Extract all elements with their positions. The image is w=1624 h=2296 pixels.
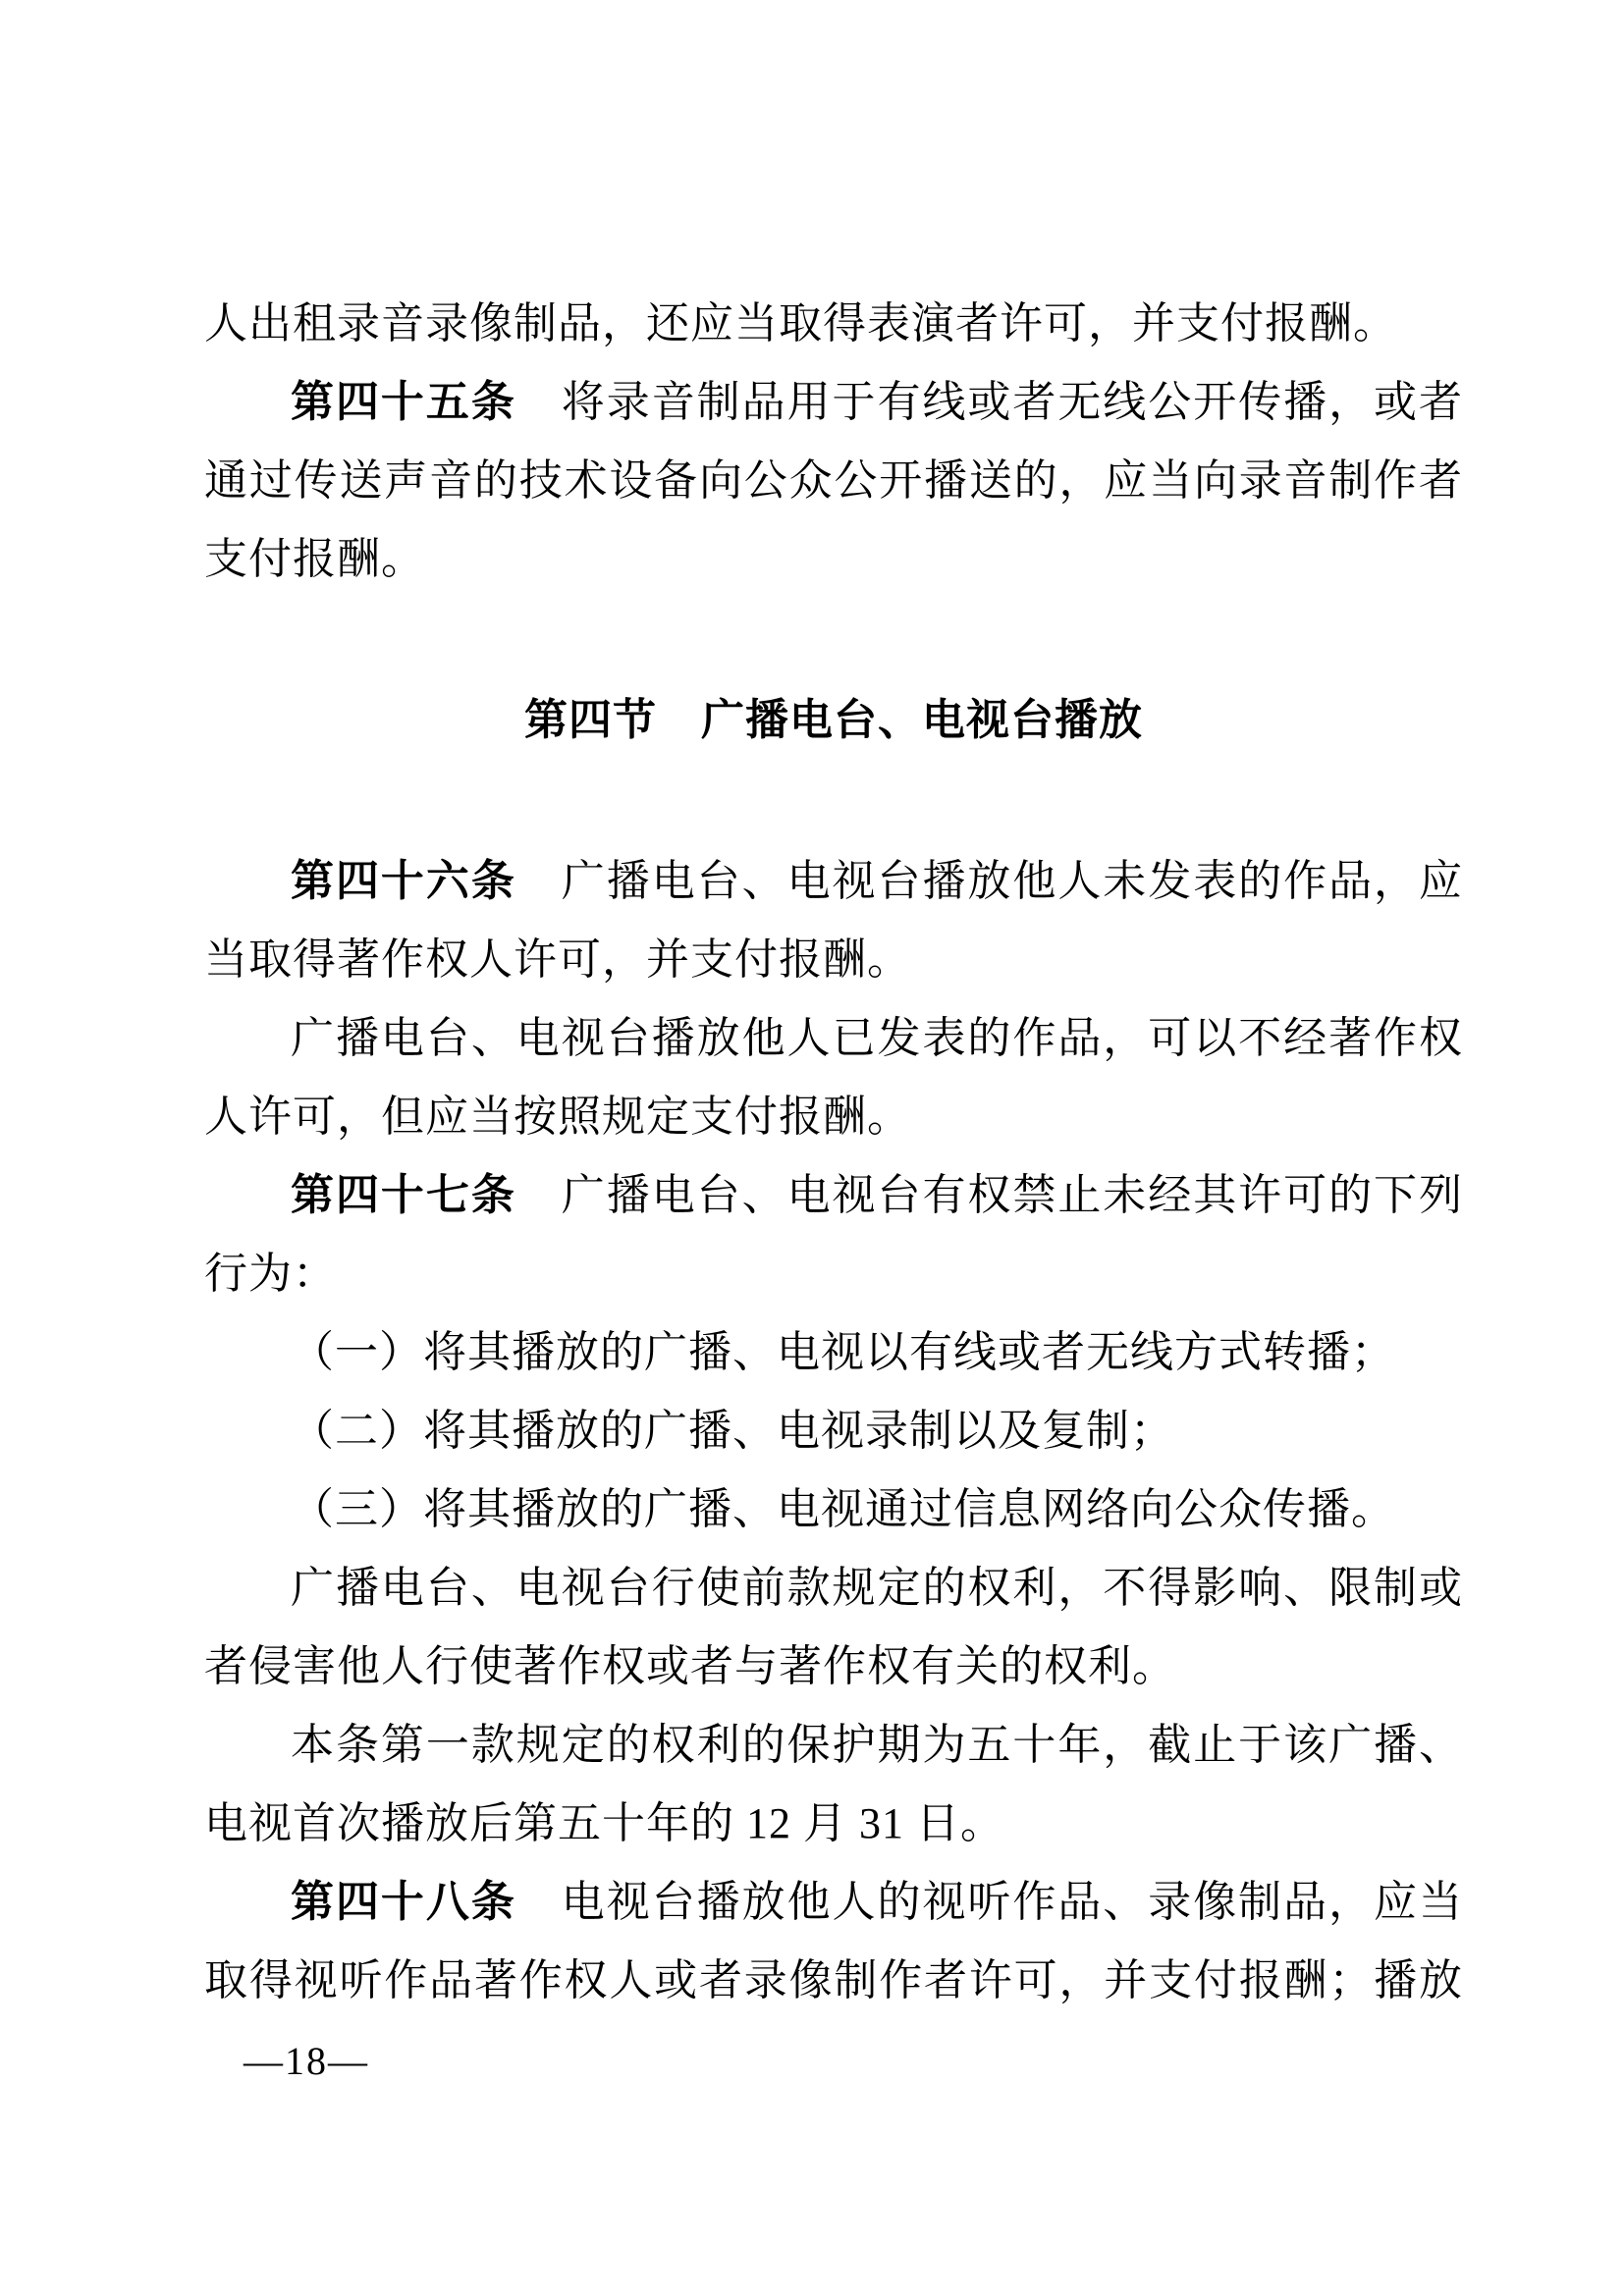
text-line: （二）将其播放的广播、电视录制以及复制； xyxy=(204,1392,1463,1470)
article-text: 电视台播放他人的视听作品、录像制品，应当 xyxy=(516,1878,1463,1926)
article-number: 第四十六条 xyxy=(291,857,516,905)
document-page: 人出租录音录像制品，还应当取得表演者许可，并支付报酬。第四十五条 将录音制品用于… xyxy=(0,0,1624,2296)
blank-line xyxy=(204,599,1463,681)
text-line: 人出租录音录像制品，还应当取得表演者许可，并支付报酬。 xyxy=(204,285,1463,363)
document-body: 人出租录音录像制品，还应当取得表演者许可，并支付报酬。第四十五条 将录音制品用于… xyxy=(204,285,1463,2020)
text-line: 当取得著作权人许可，并支付报酬。 xyxy=(204,921,1463,999)
text-line: 第四十七条 广播电台、电视台有权禁止未经其许可的下列 xyxy=(204,1156,1463,1235)
article-number: 第四十五条 xyxy=(291,378,516,426)
text-line: 本条第一款规定的权利的保护期为五十年，截止于该广播、 xyxy=(204,1706,1463,1785)
article-text: 广播电台、电视台有权禁止未经其许可的下列 xyxy=(516,1171,1463,1219)
text-line: 广播电台、电视台播放他人已发表的作品，可以不经著作权 xyxy=(204,999,1463,1078)
article-number: 第四十八条 xyxy=(291,1878,516,1926)
text-line: 第四十五条 将录音制品用于有线或者无线公开传播，或者 xyxy=(204,363,1463,442)
text-line: （一）将其播放的广播、电视以有线或者无线方式转播； xyxy=(204,1313,1463,1392)
text-line: 第四十六条 广播电台、电视台播放他人未发表的作品，应 xyxy=(204,842,1463,921)
text-line: 者侵害他人行使著作权或者与著作权有关的权利。 xyxy=(204,1628,1463,1706)
text-line: 电视首次播放后第五十年的 12 月 31 日。 xyxy=(204,1785,1463,1863)
article-text: 广播电台、电视台播放他人未发表的作品，应 xyxy=(516,857,1463,905)
text-line: 第四十八条 电视台播放他人的视听作品、录像制品，应当 xyxy=(204,1863,1463,1942)
page-number: —18— xyxy=(244,2040,369,2083)
text-line: 取得视听作品著作权人或者录像制作者许可，并支付报酬；播放 xyxy=(204,1942,1463,2020)
text-line: 支付报酬。 xyxy=(204,520,1463,599)
text-line: （三）将其播放的广播、电视通过信息网络向公众传播。 xyxy=(204,1470,1463,1549)
text-line: 广播电台、电视台行使前款规定的权利，不得影响、限制或 xyxy=(204,1549,1463,1628)
text-line: 人许可，但应当按照规定支付报酬。 xyxy=(204,1078,1463,1156)
section-heading: 第四节 广播电台、电视台播放 xyxy=(204,681,1463,760)
article-text: 将录音制品用于有线或者无线公开传播，或者 xyxy=(516,378,1463,426)
text-line: 通过传送声音的技术设备向公众公开播送的，应当向录音制作者 xyxy=(204,442,1463,520)
article-number: 第四十七条 xyxy=(291,1171,516,1219)
blank-line xyxy=(204,760,1463,842)
text-line: 行为： xyxy=(204,1235,1463,1313)
